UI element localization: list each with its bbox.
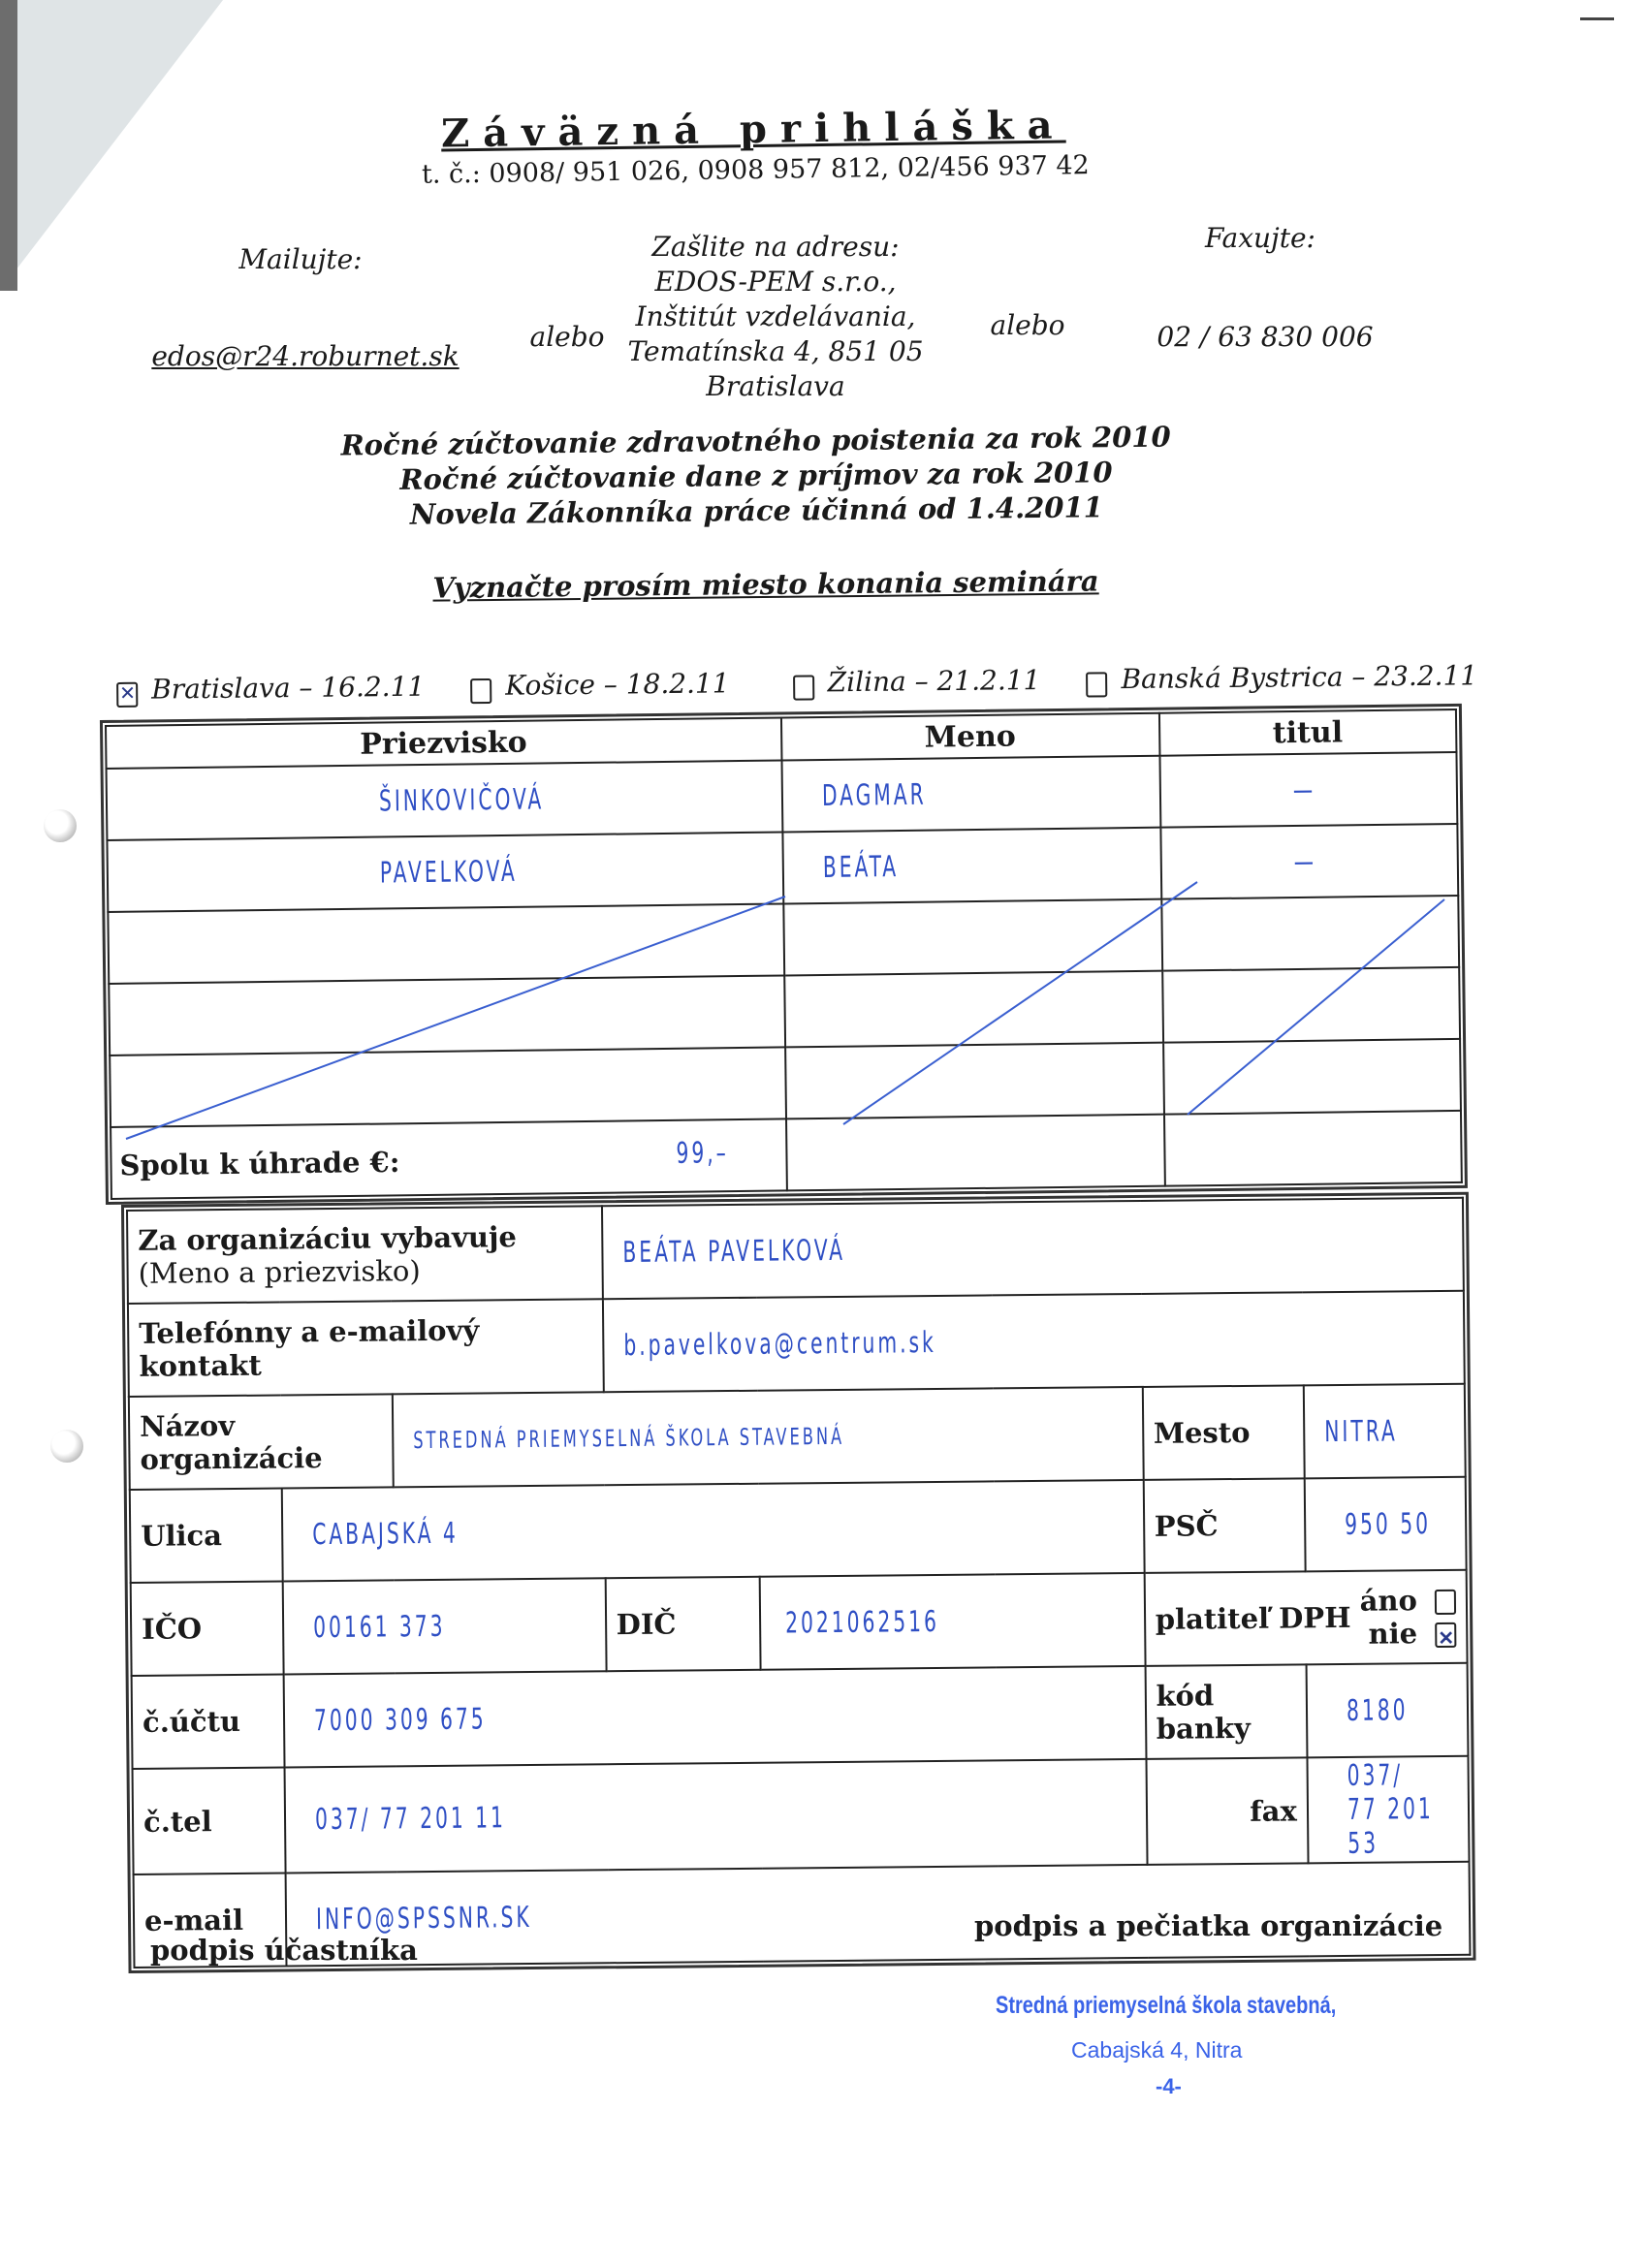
topic-list: Ročné zúčtovanie zdravotného poistenia z… [319,419,1192,532]
fax-number: 02 / 63 830 006 [1149,320,1381,355]
address-line: Inštitút vzdelávania, [620,299,931,334]
contact-field[interactable]: b.pavelkova@centrum.sk [602,1291,1464,1393]
title-cell[interactable] [1163,1039,1461,1115]
surname-cell[interactable]: ŠINKOVIČOVÁ [107,760,782,840]
contact-label: Telefónny a e-mailový kontakt [128,1299,603,1397]
account-field[interactable]: 7000 309 675 [284,1666,1146,1768]
phone-numbers: t. č.: 0908/ 951 026, 0908 957 812, 02/4… [422,150,1090,190]
total-row: Spolu k úhrade €: 99,– [111,1111,1462,1199]
punch-hole [44,809,77,842]
name-cell[interactable]: BEÁTA [782,828,1161,904]
venue-options: Bratislava – 16.2.11 Košice – 18.2.11 Ži… [116,659,1477,707]
phone-field[interactable]: 037/ 77 201 11 [285,1759,1147,1874]
participants-table: Priezvisko Meno titul ŠINKOVIČOVÁ DAGMAR… [105,709,1463,1200]
handler-field[interactable]: BEÁTA PAVELKOVÁ [602,1198,1464,1300]
org-name-label: Názov organizácie [129,1394,394,1490]
surname-cell[interactable] [109,975,784,1055]
address-line: Bratislava [620,369,931,404]
mail-address: edos@r24.roburnet.sk [145,339,465,374]
title-cell[interactable]: — [1159,752,1457,828]
name-cell[interactable]: DAGMAR [781,756,1160,833]
zip-label: PSČ [1143,1478,1305,1573]
address-label: Zašlite na adresu: [620,230,931,265]
city-label: Mesto [1142,1385,1304,1480]
venue-option-banska-bystrica[interactable]: Banská Bystrica – 23.2.11 [1086,670,1477,692]
venue-option-bratislava[interactable]: Bratislava – 16.2.11 [116,681,425,703]
vat-cell: platiteľ DPH áno nie [1144,1570,1467,1666]
folded-corner [0,0,223,291]
stamp-address: Cabajská 4, Nitra [1071,2037,1242,2063]
stamp-name: Stredná priemyselná škola stavebná, [996,1992,1336,2020]
fax-label: Faxujte: [1202,221,1318,256]
organization-table: Za organizáciu vybavuje(Meno a priezvisk… [126,1197,1471,1969]
checkbox-icon[interactable] [1086,672,1107,697]
address-line: EDOS-PEM s.r.o., [620,265,931,299]
venue-prompt: Vyznačte prosím miesto konania seminára [417,563,1115,606]
checkbox-icon[interactable] [470,677,491,703]
vat-label: platiteľ DPH [1156,1601,1351,1636]
checkbox-icon[interactable] [1435,1590,1456,1615]
scan-edge [0,0,17,291]
or-label: alebo [984,308,1071,343]
ico-field[interactable]: 00161 373 [283,1578,606,1674]
surname-cell[interactable] [110,1047,785,1127]
checkbox-icon[interactable] [793,675,814,700]
total-value: 99,– [676,1136,729,1171]
handler-sublabel: (Meno a priezvisko) [138,1252,591,1289]
name-cell[interactable] [783,899,1162,976]
or-label: alebo [523,320,611,355]
zip-field[interactable]: 950 50 [1304,1477,1466,1572]
org-name-field[interactable]: STREDNÁ PRIEMYSELNÁ ŠKOLA STAVEBNÁ [393,1387,1143,1487]
dic-label: DIČ [605,1577,761,1672]
ico-label: IČO [131,1581,284,1676]
total-label: Spolu k úhrade €: [119,1146,399,1182]
organization-signature-label: podpis a pečiatka organizácie [974,1909,1442,1942]
dic-field[interactable]: 2021062516 [760,1573,1145,1670]
name-cell[interactable] [784,971,1163,1048]
street-label: Ulica [130,1488,283,1583]
street-field[interactable]: CABAJSKÁ 4 [282,1480,1144,1582]
checkbox-checked-icon[interactable] [1435,1622,1456,1648]
phone-label: č.tel [133,1767,286,1874]
vat-no-option[interactable]: nie [1360,1617,1457,1651]
venue-option-zilina[interactable]: Žilina – 21.2.11 [793,675,1041,696]
address-block: Zašlite na adresu: EDOS-PEM s.r.o., Inšt… [620,230,931,404]
surname-cell[interactable] [108,903,783,984]
document-title: Záväzná prihláška [441,103,1066,157]
page-number: -4- [1156,2074,1182,2099]
punch-hole [50,1430,83,1463]
checkbox-checked-icon[interactable] [116,681,138,707]
fax-label: fax [1146,1757,1308,1865]
account-label: č.účtu [132,1674,285,1769]
scan-mark [1580,17,1614,20]
participant-signature-label: podpis účastníka [150,1934,418,1967]
vat-yes-option[interactable]: áno [1359,1584,1456,1618]
name-cell[interactable] [785,1043,1164,1119]
fax-field[interactable]: 037/ 77 201 53 [1307,1756,1469,1864]
city-field[interactable]: NITRA [1304,1384,1466,1479]
column-header-name: Meno [780,713,1159,761]
bank-code-label: kód banky [1145,1664,1307,1759]
empty-cell [786,1115,1165,1191]
mail-label: Mailujte: [223,242,378,277]
column-header-title: titul [1158,709,1456,756]
title-cell[interactable]: — [1160,824,1458,899]
venue-option-kosice[interactable]: Košice – 18.2.11 [470,677,729,699]
handler-label-cell: Za organizáciu vybavuje(Meno a priezvisk… [127,1206,602,1304]
total-cell: Spolu k úhrade €: 99,– [111,1118,786,1199]
bank-code-field[interactable]: 8180 [1306,1663,1468,1758]
surname-cell[interactable]: PAVELKOVÁ [107,832,782,912]
title-cell[interactable] [1161,896,1459,971]
title-cell[interactable] [1162,967,1460,1043]
address-line: Tematínska 4, 851 05 [620,334,931,369]
handler-label: Za organizáciu vybavuje [138,1219,591,1256]
empty-cell [1164,1111,1462,1186]
